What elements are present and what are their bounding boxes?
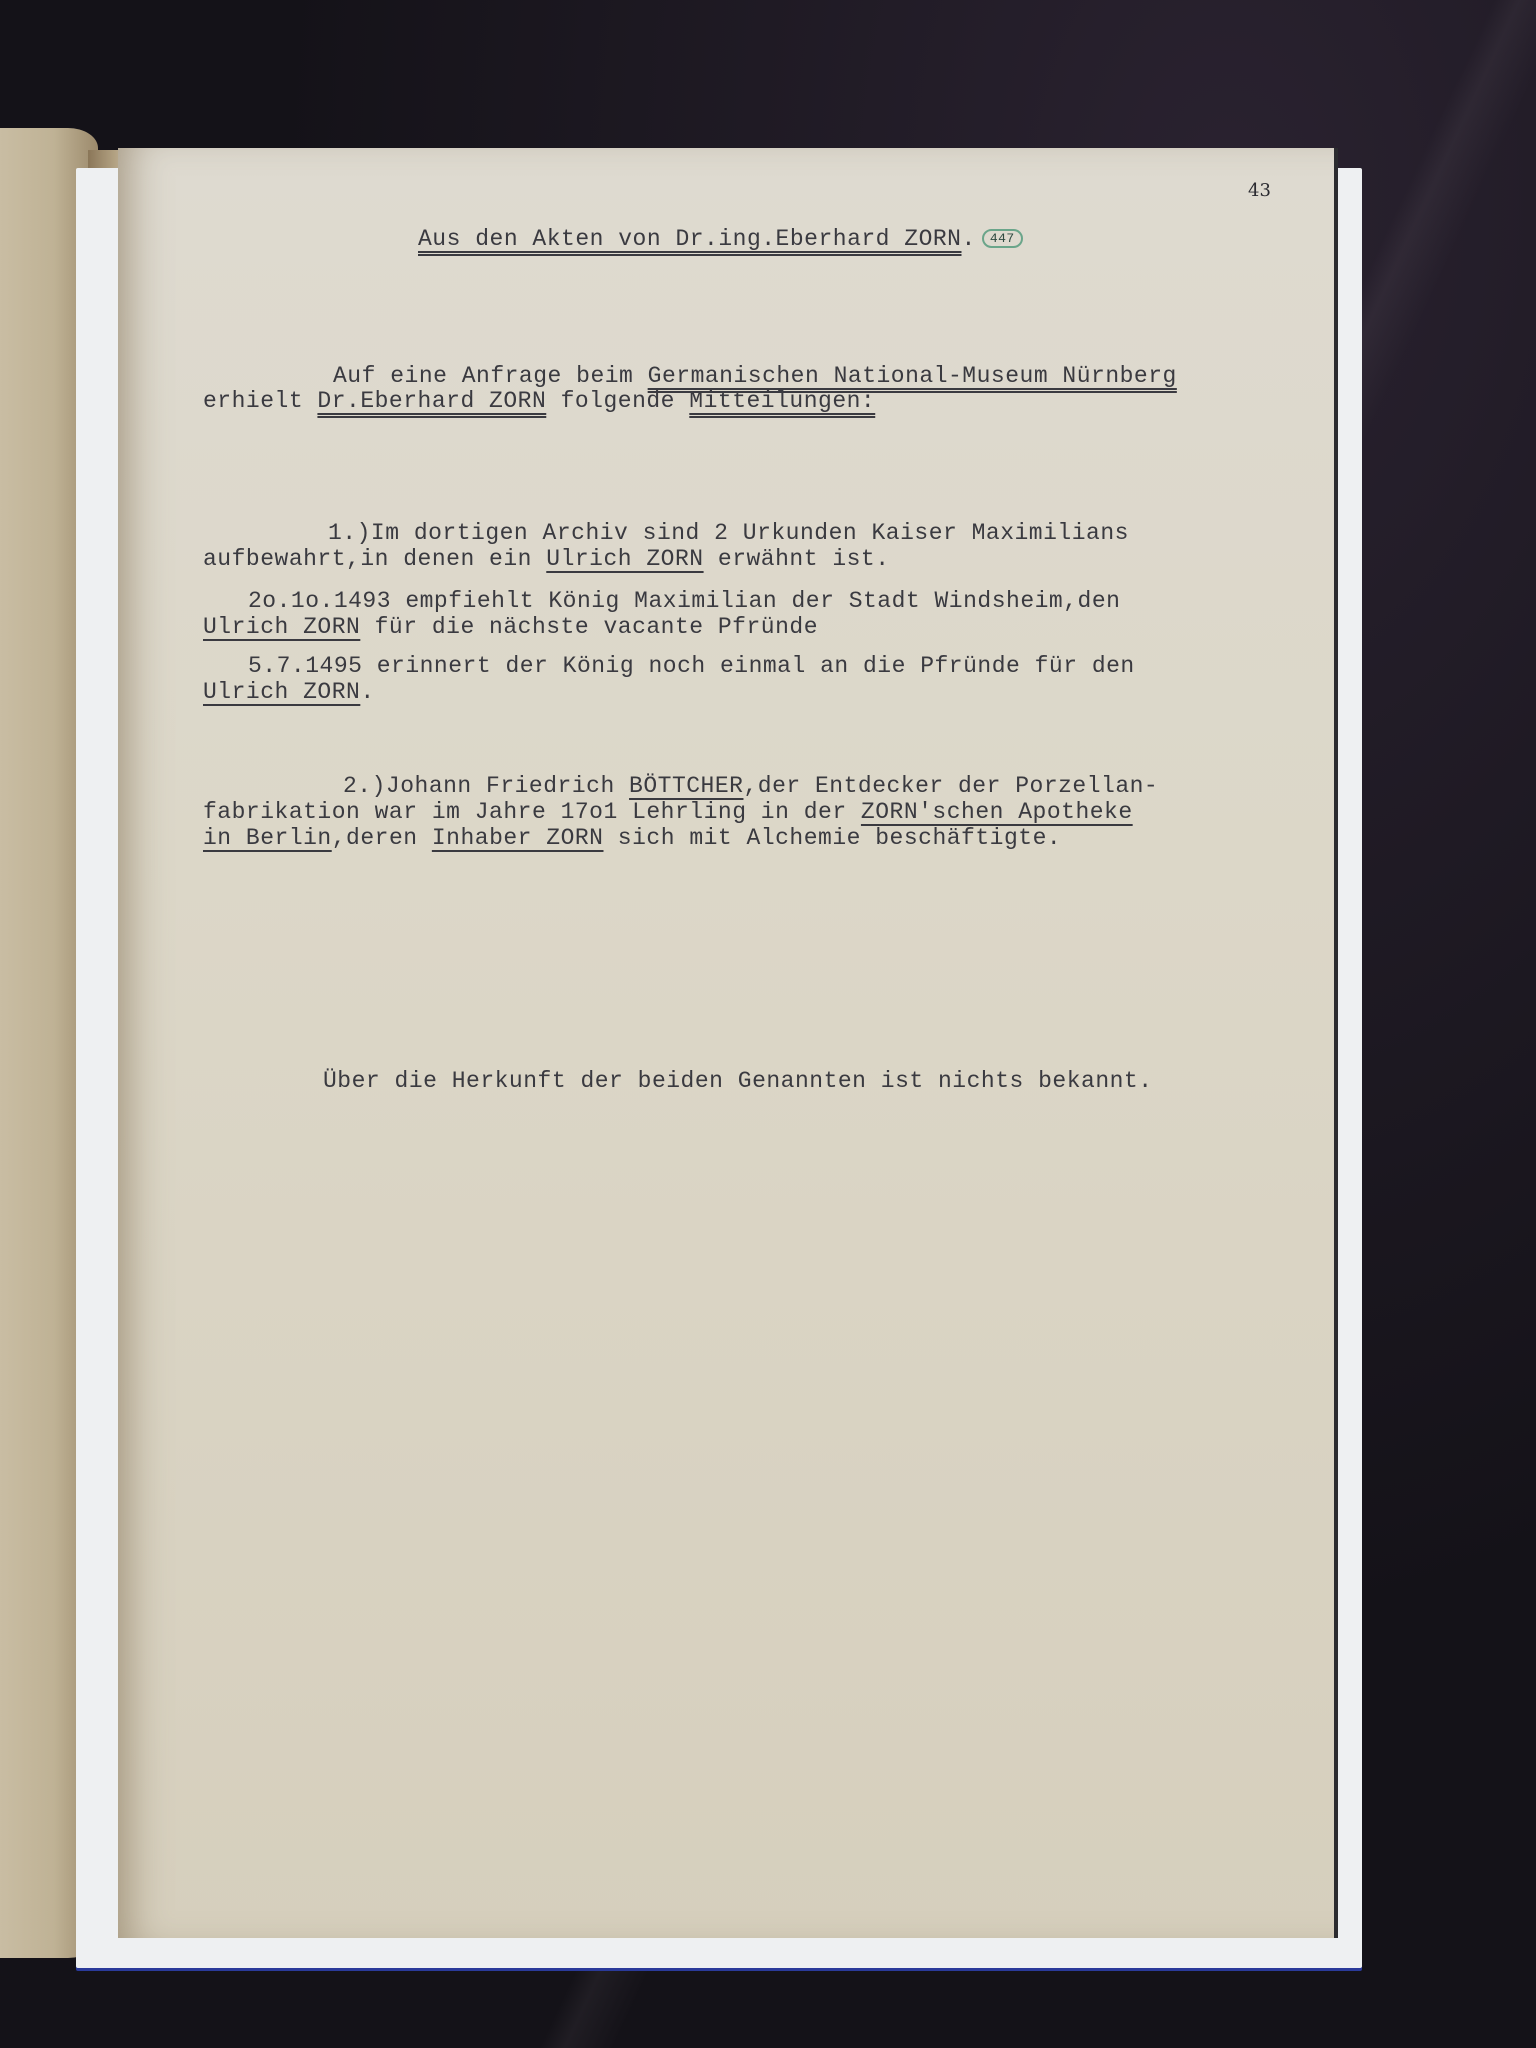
place-berlin: in Berlin	[203, 825, 332, 851]
name-ulrich-zorn: Ulrich ZORN	[203, 614, 360, 640]
item2-line-1: 2.)Johann Friedrich BÖTTCHER,der Entdeck…	[343, 773, 1158, 799]
archive-stamp: 447	[982, 229, 1023, 248]
item1-entry-b-line-1: 5.7.1495 erinnert der König noch einmal …	[248, 653, 1135, 679]
item2-text: ,der Entdecker der Porzellan-	[743, 773, 1158, 799]
name-ulrich-zorn: Ulrich ZORN	[203, 679, 360, 705]
title-period: .	[962, 226, 976, 252]
item2-text: sich mit Alchemie beschäftigte.	[604, 825, 1062, 851]
item1-entry-a-line-1: 2o.1o.1493 empfiehlt König Maximilian de…	[248, 588, 1120, 614]
title-text: Aus den Akten von Dr.ing.Eberhard ZORN	[418, 226, 962, 252]
intro-text: erhielt	[203, 388, 317, 414]
bleed-through-text	[4, 208, 18, 1888]
item1-entry-b-line-2: Ulrich ZORN.	[203, 679, 375, 705]
item1-entry-a-line-2: Ulrich ZORN für die nächste vacante Pfrü…	[203, 614, 818, 640]
item2-text: im Jahre 17o1 Lehrling	[432, 799, 747, 825]
item2-line-2: fabrikation war im Jahre 17o1 Lehrling i…	[203, 799, 1133, 825]
item1-text: erwähnt ist.	[704, 546, 890, 572]
item1-text: aufbewahrt,in denen ein	[203, 546, 546, 572]
page-edge	[1334, 148, 1338, 1938]
item2-text: fabrikation war	[203, 799, 432, 825]
item2-text: 2.)Johann Friedrich	[343, 773, 629, 799]
intro-line-2: erhielt Dr.Eberhard ZORN folgende Mittei…	[203, 388, 875, 414]
document-title: Aus den Akten von Dr.ing.Eberhard ZORN.4…	[418, 226, 1023, 252]
entry-text: für die nächste vacante Pfründe	[360, 614, 818, 640]
inhaber-zorn: Inhaber ZORN	[432, 825, 604, 851]
item2-text: in der	[747, 799, 861, 825]
zorn-apotheke: ZORN'schen Apotheke	[861, 799, 1133, 825]
mitteilungen-word: Mitteilungen:	[689, 388, 875, 414]
page-number: 43	[1248, 180, 1271, 201]
typed-page: 43 Aus den Akten von Dr.ing.Eberhard ZOR…	[118, 148, 1334, 1938]
intro-text: Auf eine Anfrage beim	[333, 363, 648, 389]
intro-line-1: Auf eine Anfrage beim Germanischen Natio…	[333, 363, 1177, 389]
name-ulrich-zorn: Ulrich ZORN	[546, 546, 703, 572]
item1-line-1: 1.)Im dortigen Archiv sind 2 Urkunden Ka…	[328, 520, 1129, 546]
recipient-name: Dr.Eberhard ZORN	[317, 388, 546, 414]
item2-text: ,deren	[332, 825, 432, 851]
item2-line-3: in Berlin,deren Inhaber ZORN sich mit Al…	[203, 825, 1061, 851]
closing-statement: Über die Herkunft der beiden Genannten i…	[323, 1068, 1153, 1094]
name-boettcher: BÖTTCHER	[629, 773, 743, 799]
item1-line-2: aufbewahrt,in denen ein Ulrich ZORN erwä…	[203, 546, 890, 572]
museum-name: Germanischen National-Museum Nürnberg	[648, 363, 1177, 389]
intro-text: folgende	[546, 388, 689, 414]
entry-text: .	[360, 679, 374, 705]
